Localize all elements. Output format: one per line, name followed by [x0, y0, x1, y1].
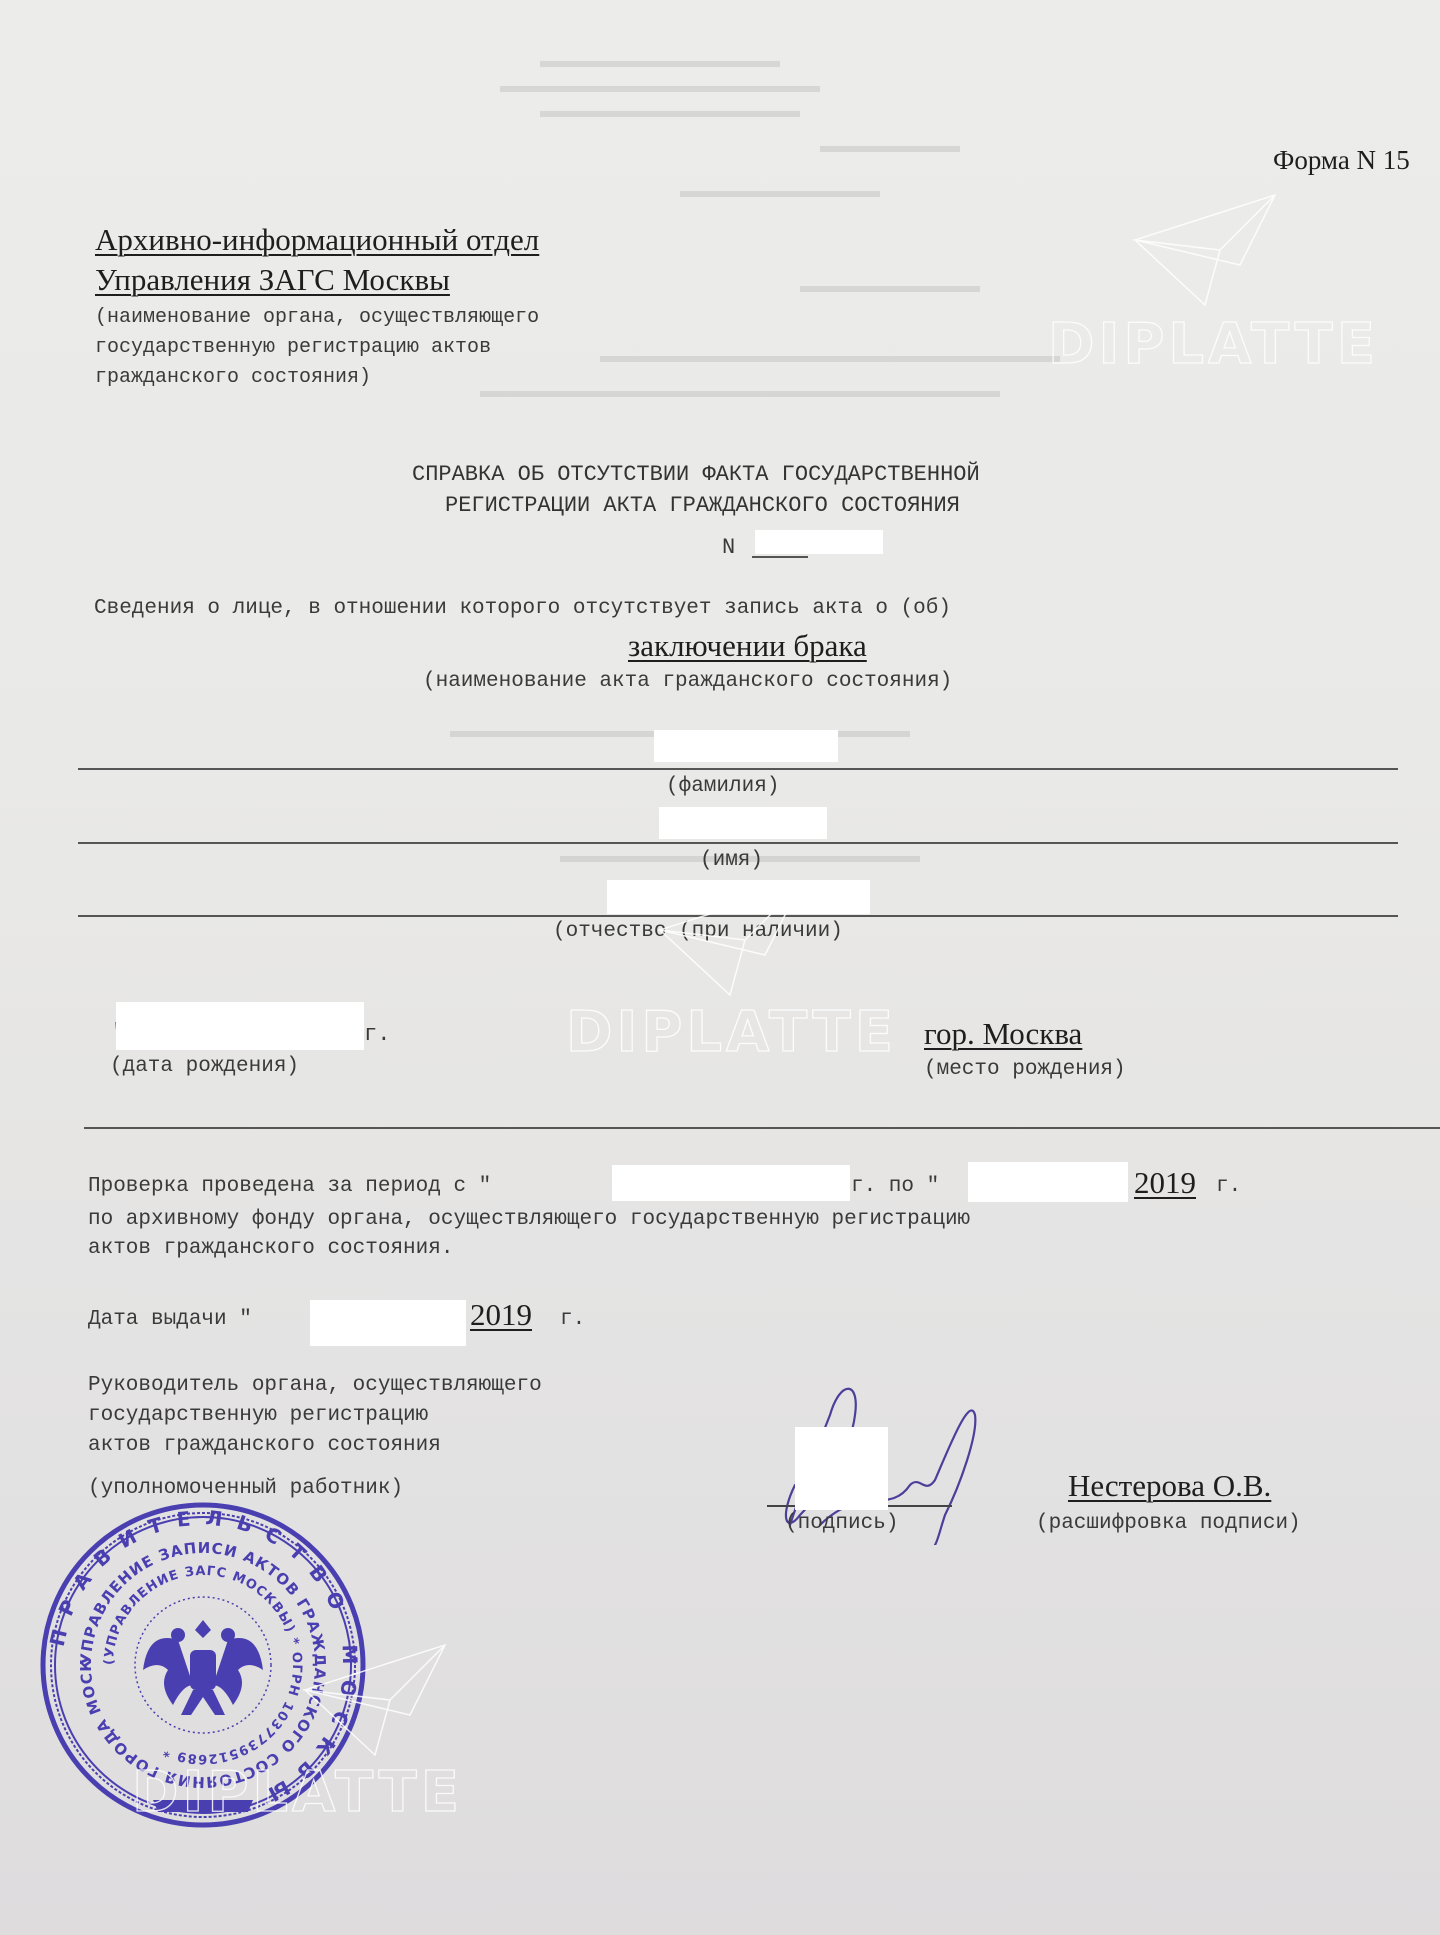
issue-date-suffix: г.	[560, 1308, 585, 1331]
bleed-through: ▬▬▬▬▬▬▬▬▬▬▬▬▬▬▬▬▬▬▬▬▬▬▬▬▬▬	[480, 380, 1000, 403]
bleed-through: ▬▬▬▬▬▬▬▬▬▬▬▬▬	[540, 100, 800, 123]
watermark-plane-icon	[1130, 190, 1280, 310]
surname-caption: (фамилия)	[666, 775, 779, 798]
redacted-signature-part	[795, 1427, 888, 1510]
bleed-through: ▬▬▬▬▬▬▬▬▬▬▬▬	[540, 50, 780, 73]
issuing-body-caption-3: гражданского состояния)	[95, 366, 371, 389]
issuing-body-line1: Архивно-информационный отдел	[95, 222, 539, 258]
certificate-number-label: N	[722, 535, 735, 560]
birth-place: гор. Москва	[924, 1016, 1082, 1052]
document-title-line2: РЕГИСТРАЦИИ АКТА ГРАЖДАНСКОГО СОСТОЯНИЯ	[445, 493, 960, 518]
redacted-surname	[654, 730, 838, 762]
watermark-text: DIPLATTE	[1048, 312, 1379, 377]
signatory-line1: Руководитель органа, осуществляющего	[88, 1374, 542, 1397]
form-number: Форма N 15	[1273, 145, 1410, 176]
signatory-name-caption: (расшифровка подписи)	[1036, 1512, 1301, 1535]
signatory-line2: государственную регистрацию	[88, 1404, 428, 1427]
redacted-issue-date	[310, 1300, 466, 1346]
check-archive-line: по архивному фонду органа, осуществляюще…	[88, 1208, 970, 1231]
issuing-body-line2: Управления ЗАГС Москвы	[95, 262, 450, 298]
record-intro: Сведения о лице, в отношении которого от…	[94, 597, 951, 620]
check-period-year: 2019	[1134, 1165, 1196, 1201]
redacted-check-end-date	[968, 1162, 1128, 1202]
signatory-line3: актов гражданского состояния	[88, 1434, 441, 1457]
bleed-through: ▬▬▬▬▬▬▬▬▬▬	[680, 180, 880, 203]
surname-line	[78, 768, 1398, 770]
signatory-role-caption: (уполномоченный работник)	[88, 1477, 403, 1500]
bleed-through: ▬▬▬▬▬▬▬▬▬	[800, 275, 980, 298]
bleed-through: ▬▬▬▬▬▬▬	[820, 135, 960, 158]
issuing-body-caption-1: (наименование органа, осуществляющего	[95, 306, 539, 329]
bleed-through: ▬▬▬▬▬▬▬▬▬▬▬▬▬▬▬▬	[500, 75, 820, 98]
issue-date-year: 2019	[470, 1297, 532, 1333]
signature-caption: (подпись)	[785, 1512, 898, 1535]
name-caption: (имя)	[700, 849, 763, 872]
name-line	[78, 842, 1398, 844]
act-type-caption: (наименование акта гражданского состояни…	[423, 670, 952, 693]
act-type: заключении брака	[628, 628, 867, 664]
birth-date-year-suffix: г.	[364, 1022, 390, 1047]
bleed-through: ▬▬▬▬▬▬▬▬▬▬▬▬▬▬▬▬▬▬▬▬▬▬▬	[600, 345, 1060, 368]
redacted-birth-date	[116, 1002, 364, 1050]
issuing-body-caption-2: государственную регистрацию актов	[95, 336, 491, 359]
certificate-number-underline	[752, 556, 808, 558]
birth-section-line	[84, 1127, 1440, 1129]
birth-place-caption: (место рождения)	[924, 1058, 1126, 1081]
watermark-plane-icon	[300, 1640, 450, 1760]
issue-date-label: Дата выдачи "	[88, 1308, 252, 1331]
redacted-check-start-date	[612, 1165, 850, 1201]
watermark-plane-icon	[655, 880, 805, 1000]
document-title-line1: СПРАВКА ОБ ОТСУТСТВИИ ФАКТА ГОСУДАРСТВЕН…	[412, 462, 980, 487]
check-period-suffix: г.	[1216, 1175, 1241, 1198]
check-period-prefix: Проверка проведена за период с "	[88, 1175, 491, 1198]
redacted-name	[659, 807, 827, 839]
check-period-mid: г. по "	[851, 1175, 939, 1198]
signatory-name: Нестерова О.В.	[1068, 1468, 1271, 1504]
birth-date-caption: (дата рождения)	[110, 1055, 299, 1078]
check-archive-line2: актов гражданского состояния.	[88, 1237, 453, 1260]
watermark-text: DIPLATTE	[132, 1760, 463, 1825]
redacted-certificate-number	[755, 530, 883, 554]
watermark-text: DIPLATTE	[566, 1000, 897, 1065]
